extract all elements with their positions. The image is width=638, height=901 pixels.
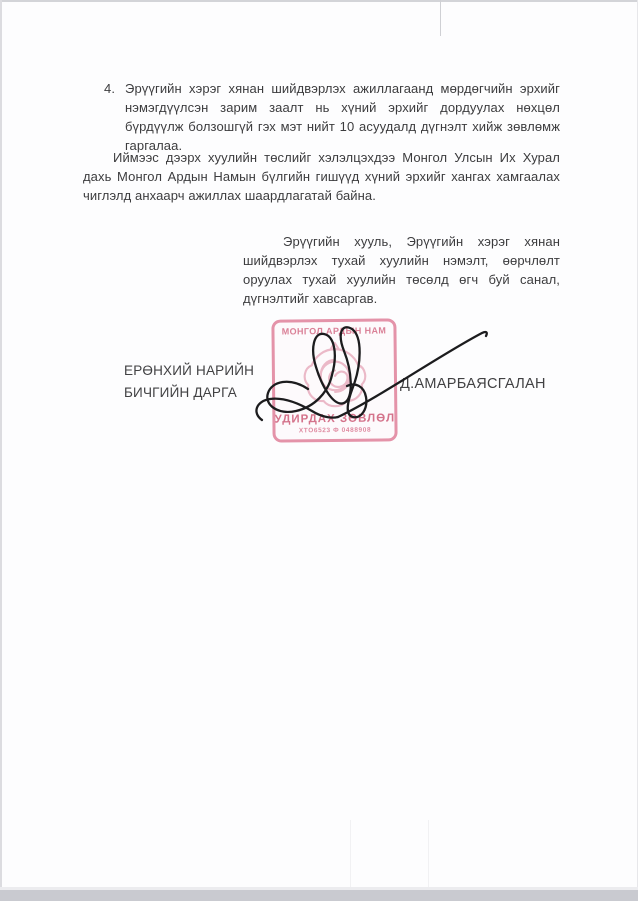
paper-crease-bottom-right <box>428 820 429 890</box>
paragraph-attachment-text: Эрүүгийн хууль, Эрүүгийн хэрэг хянан ший… <box>243 232 560 308</box>
handwritten-signature <box>250 320 495 430</box>
paragraph-conclusion: Иймээс дээрх хуулийн төслийг хэлэлцэхдээ… <box>83 148 560 205</box>
scanned-page: 4. Эрүүгийн хэрэг хянан шийдвэрлэх ажилл… <box>0 0 638 901</box>
signatory-title-line2: БИЧГИЙН ДАРГА <box>124 382 254 404</box>
scan-edge-top <box>0 0 638 2</box>
paragraph-numbered-4: 4. Эрүүгийн хэрэг хянан шийдвэрлэх ажилл… <box>104 79 560 155</box>
paragraph-conclusion-text: Иймээс дээрх хуулийн төслийг хэлэлцэхдээ… <box>83 148 560 205</box>
scan-edge-left <box>0 0 2 901</box>
paper-crease-top <box>440 0 441 36</box>
signatory-title: ЕРӨНХИЙ НАРИЙН БИЧГИЙН ДАРГА <box>124 360 254 404</box>
signatory-title-line1: ЕРӨНХИЙ НАРИЙН <box>124 360 254 382</box>
paper-crease-bottom-left <box>350 820 351 890</box>
paragraph-number: 4. <box>104 79 125 155</box>
paragraph-attachment: Эрүүгийн хууль, Эрүүгийн хэрэг хянан ший… <box>243 232 560 308</box>
scan-edge-bottom <box>0 890 638 901</box>
paragraph-numbered-text: Эрүүгийн хэрэг хянан шийдвэрлэх ажиллага… <box>125 79 560 155</box>
